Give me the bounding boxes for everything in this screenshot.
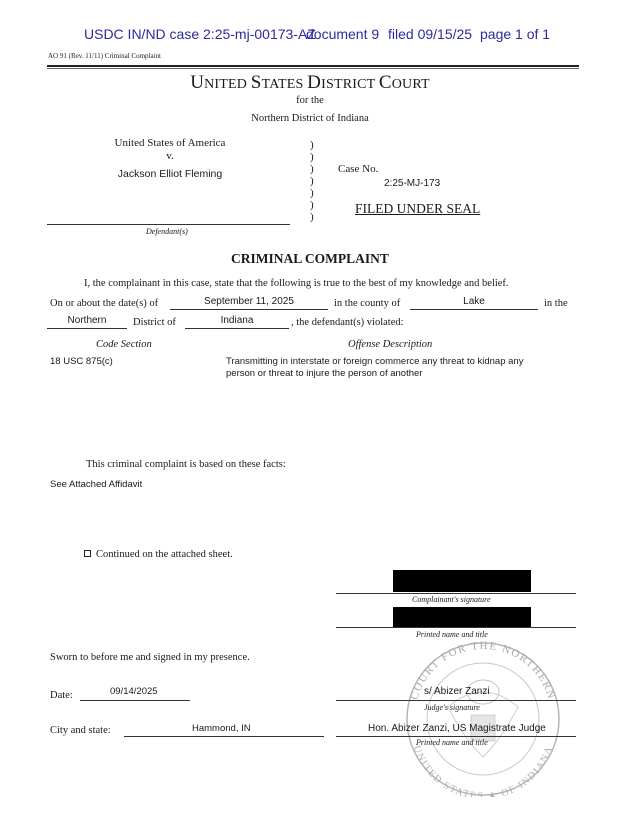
- filed-under-seal-notice: FILED UNDER SEAL: [355, 201, 480, 217]
- court-title-part: OURT: [392, 77, 430, 92]
- judge-name-line: [336, 736, 576, 737]
- versus-label: v.: [70, 150, 270, 162]
- code-section-header: Code Section: [96, 339, 152, 350]
- continued-checkbox-row[interactable]: Continued on the attached sheet.: [84, 549, 233, 560]
- defendant-line: [47, 224, 290, 225]
- judge-signature-label: Judge's signature: [424, 703, 480, 712]
- state-underline: [185, 328, 289, 329]
- judge-name-label: Printed name and title: [416, 738, 488, 747]
- facts-value: See Attached Affidavit: [50, 479, 142, 490]
- caption-parens: ) ) ) ) ) ) ): [310, 139, 314, 223]
- header-rule-secondary: [47, 68, 579, 69]
- city-state-value: Hammond, IN: [192, 723, 251, 734]
- code-section-value: 18 USC 875(c): [50, 356, 113, 367]
- court-title-part: U: [190, 72, 204, 93]
- court-title-part: D: [307, 72, 321, 93]
- case-number-label: Case No.: [338, 163, 378, 175]
- offense-date-field: September 11, 2025: [170, 296, 328, 307]
- court-title-part: S: [251, 72, 262, 93]
- in-the-label: in the: [544, 298, 568, 309]
- violated-label: , the defendant(s) violated:: [291, 317, 404, 328]
- court-title: UNITED STATES DISTRICT COURT: [0, 72, 620, 94]
- court-title-part: TATES: [262, 77, 308, 92]
- complainant-name-line: [336, 627, 576, 628]
- offense-date-underline: [170, 309, 328, 310]
- defendant-name: Jackson Elliot Fleming: [70, 168, 270, 180]
- paren: ): [310, 163, 314, 175]
- stamp-document-number: document 9: [306, 26, 379, 42]
- for-the-label: for the: [0, 95, 620, 106]
- defendant-label: Defendant(s): [146, 227, 188, 236]
- svg-text:UNITED STATES ★ OF INDIANA: UNITED STATES ★ OF INDIANA: [411, 744, 555, 797]
- case-number: 2:25-MJ-173: [384, 178, 440, 189]
- county-field: Lake: [410, 296, 538, 307]
- paren: ): [310, 187, 314, 199]
- county-prefix: in the county of: [334, 298, 400, 309]
- district-name: Northern District of Indiana: [0, 113, 620, 124]
- paren: ): [310, 211, 314, 223]
- signed-date-value: 09/14/2025: [110, 686, 158, 697]
- paren: ): [310, 199, 314, 211]
- judge-signature: s/ Abizer Zanzi: [424, 686, 490, 697]
- paren: ): [310, 175, 314, 187]
- stamp-case-number: USDC IN/ND case 2:25-mj-00173-AZ: [84, 26, 316, 42]
- paren: ): [310, 139, 314, 151]
- complainant-signature-line: [336, 593, 576, 594]
- redacted-complainant-name: [393, 607, 531, 627]
- court-seal-icon: COURT FOR THE NORTHERN UNITED STATES ★ O…: [393, 637, 573, 797]
- city-state-underline: [124, 736, 324, 737]
- court-title-part: NITED: [204, 77, 251, 92]
- county-underline: [410, 309, 538, 310]
- complaint-intro: I, the complainant in this case, state t…: [84, 278, 509, 289]
- district-underline: [47, 328, 127, 329]
- offense-description-line: Transmitting in interstate or foreign co…: [226, 356, 523, 368]
- offense-description-header: Offense Description: [348, 339, 432, 350]
- sworn-statement: Sworn to before me and signed in my pres…: [50, 652, 250, 663]
- form-identifier: AO 91 (Rev. 11/11) Criminal Complaint: [48, 52, 161, 60]
- complainant-signature-label: Complainant's signature: [412, 595, 491, 604]
- date-label: Date:: [50, 690, 73, 701]
- court-title-part: ISTRICT: [321, 77, 379, 92]
- continued-label: Continued on the attached sheet.: [96, 549, 233, 560]
- district-field: Northern: [47, 315, 127, 326]
- plaintiff-name: United States of America: [70, 137, 270, 149]
- offense-description-line: person or threat to injure the person of…: [226, 368, 523, 380]
- paren: ): [310, 151, 314, 163]
- redacted-complainant-signature: [393, 570, 531, 592]
- state-field: Indiana: [185, 315, 289, 326]
- stamp-filed-date: filed 09/15/25: [388, 26, 472, 42]
- complaint-heading: CRIMINAL COMPLAINT: [0, 251, 620, 267]
- judge-signature-line: [336, 700, 576, 701]
- facts-label: This criminal complaint is based on thes…: [86, 459, 286, 470]
- court-title-part: C: [379, 72, 392, 93]
- city-state-label: City and state:: [50, 725, 111, 736]
- judge-printed-name: Hon. Abizer Zanzi, US Magistrate Judge: [368, 723, 546, 734]
- continued-checkbox[interactable]: [84, 550, 91, 557]
- signed-date-underline: [80, 700, 190, 701]
- district-of-label: District of: [133, 317, 176, 328]
- date-prefix: On or about the date(s) of: [50, 298, 158, 309]
- stamp-page-count: page 1 of 1: [480, 26, 550, 42]
- offense-description-value: Transmitting in interstate or foreign co…: [226, 356, 523, 380]
- header-rule: [47, 65, 579, 67]
